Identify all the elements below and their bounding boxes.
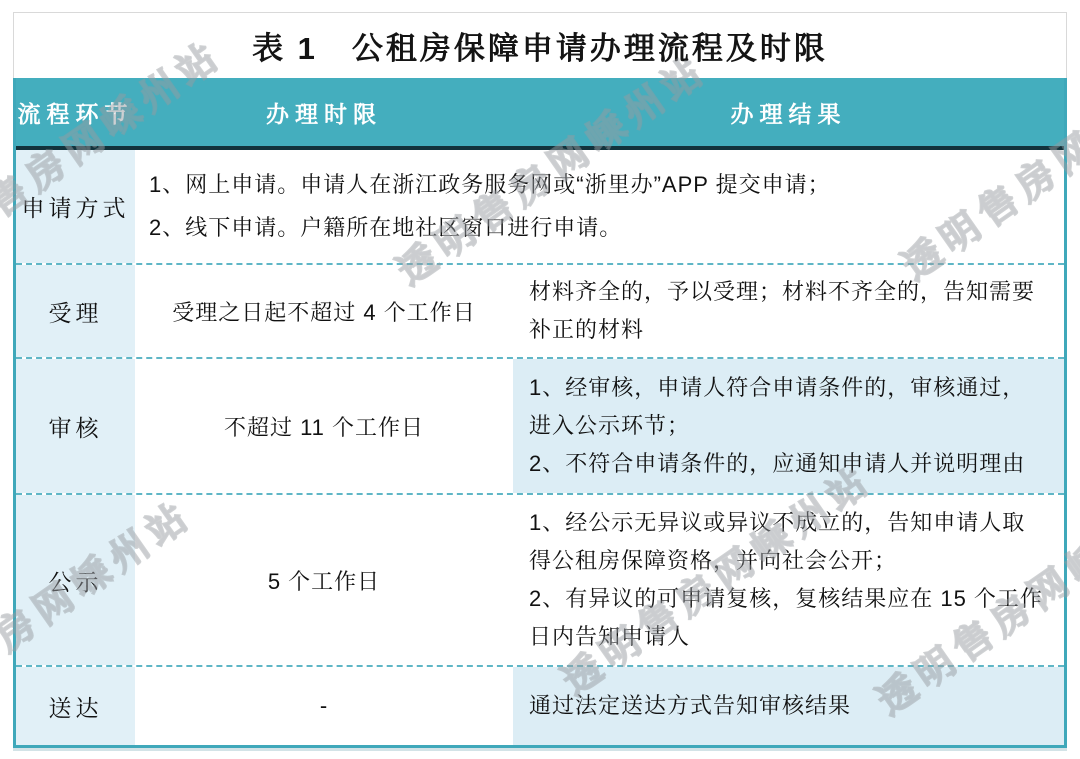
table-row-apply-method: 申请方式 1、网上申请。申请人在浙江政务服务网或“浙里办”APP 提交申请； 2…	[16, 150, 1064, 263]
time-limit-cell: 不超过 11 个工作日	[135, 359, 513, 493]
table-row-acceptance: 受理 受理之日起不超过 4 个工作日 材料齐全的，予以受理；材料不齐全的，告知需…	[16, 263, 1064, 357]
table-row-review: 审核 不超过 11 个工作日 1、经审核，申请人符合申请条件的，审核通过，进入公…	[16, 357, 1064, 493]
process-table: 表 1 公租房保障申请办理流程及时限 流程环节 办理时限 办理结果 申请方式 1…	[13, 12, 1067, 748]
result-cell: 通过法定送达方式告知审核结果	[513, 667, 1064, 745]
header-cell-result: 办理结果	[513, 78, 1064, 146]
header-cell-time-limit: 办理时限	[135, 78, 513, 146]
table-title: 表 1 公租房保障申请办理流程及时限	[252, 23, 828, 68]
time-limit-cell: 5 个工作日	[135, 495, 513, 665]
stage-cell: 送达	[16, 667, 135, 745]
table-row-delivery: 送达 - 通过法定送达方式告知审核结果	[16, 665, 1064, 745]
document-page: 表 1 公租房保障申请办理流程及时限 流程环节 办理时限 办理结果 申请方式 1…	[0, 0, 1080, 759]
table-title-band: 表 1 公租房保障申请办理流程及时限	[13, 12, 1067, 78]
header-cell-stage: 流程环节	[16, 78, 135, 146]
stage-cell: 公示	[16, 495, 135, 665]
time-limit-cell: -	[135, 667, 513, 745]
result-cell: 1、经审核，申请人符合申请条件的，审核通过，进入公示环节； 2、不符合申请条件的…	[513, 359, 1064, 493]
table-header-row: 流程环节 办理时限 办理结果	[16, 78, 1064, 146]
stage-cell: 审核	[16, 359, 135, 493]
result-cell: 材料齐全的，予以受理；材料不齐全的，告知需要补正的材料	[513, 265, 1064, 357]
merged-content-cell: 1、网上申请。申请人在浙江政务服务网或“浙里办”APP 提交申请； 2、线下申请…	[135, 150, 1064, 263]
result-cell: 1、经公示无异议或异议不成立的，告知申请人取得公租房保障资格，并向社会公开； 2…	[513, 495, 1064, 665]
stage-cell: 受理	[16, 265, 135, 357]
table-body-frame: 流程环节 办理时限 办理结果 申请方式 1、网上申请。申请人在浙江政务服务网或“…	[13, 78, 1067, 748]
table-row-publicity: 公示 5 个工作日 1、经公示无异议或异议不成立的，告知申请人取得公租房保障资格…	[16, 493, 1064, 665]
stage-cell: 申请方式	[16, 150, 135, 263]
time-limit-cell: 受理之日起不超过 4 个工作日	[135, 265, 513, 357]
